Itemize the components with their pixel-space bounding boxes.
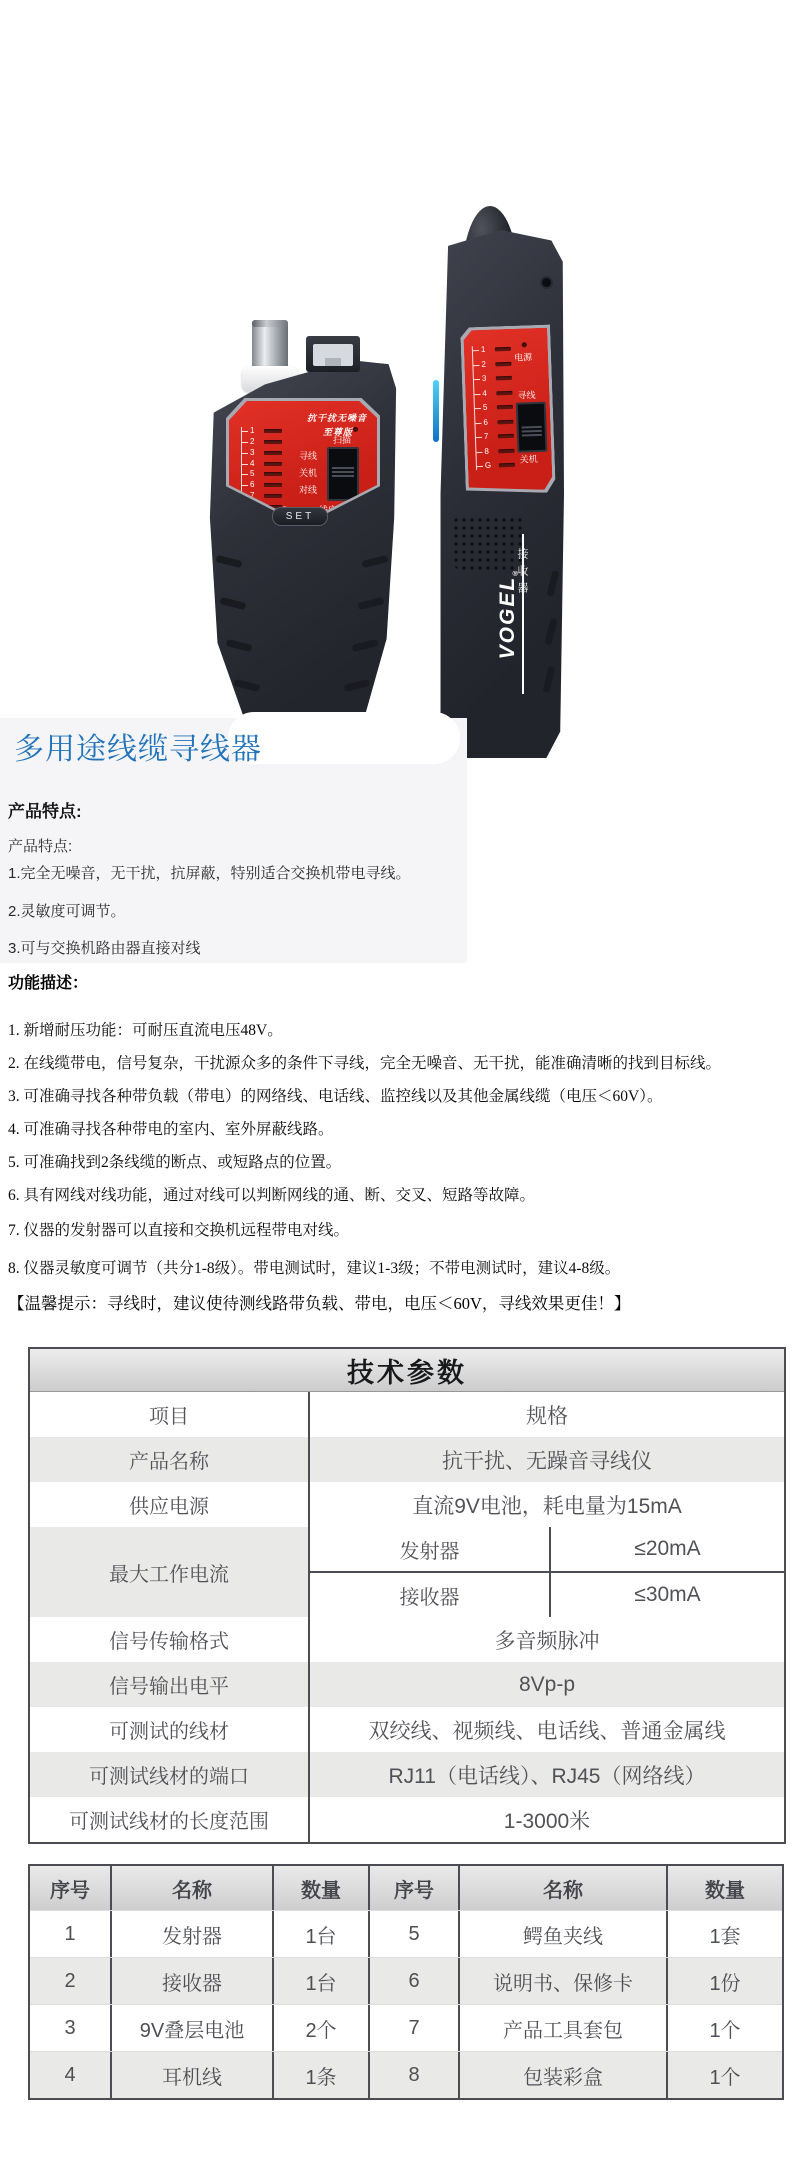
spec-subrow: 发射器 ≤20mA [310, 1527, 784, 1571]
switch-ridges [522, 426, 542, 437]
spec-label: 信号输出电平 [30, 1662, 310, 1707]
led-row: 7 [250, 492, 298, 500]
mode-label-pair: 对线 [299, 485, 317, 495]
spec-row: 可测试线材的长度范围 1-3000米 [30, 1797, 784, 1842]
packing-table: 序号 名称 数量 序号 名称 数量 1 发射器 1台 5 鳄鱼夹线 1套 2 接… [28, 1864, 784, 2100]
spec-label: 信号传输格式 [30, 1617, 310, 1662]
mode-label-off: 关机 [299, 468, 317, 478]
spec-value: 1-3000米 [310, 1797, 784, 1842]
product-page: 抗干扰无噪音 至尊版 1 2 3 4 5 6 7 8 扫描 寻线 [0, 0, 800, 2182]
packing-cell: 4 [30, 2052, 110, 2098]
packing-cell: 1份 [666, 1958, 782, 2004]
packing-cell: 接收器 [110, 1958, 272, 2004]
spec-row-current: 最大工作电流 发射器 ≤20mA 接收器 ≤30mA [30, 1527, 784, 1617]
function-item: 4. 可准确寻找各种带电的室内、室外屏蔽线路。 [8, 1117, 334, 1139]
packing-header-row: 序号 名称 数量 序号 名称 数量 [30, 1866, 782, 1910]
receiver-panel: 1 2 3 4 5 6 7 8 G 电源 寻线 [460, 324, 556, 495]
led-row: 6 [250, 481, 298, 489]
packing-header: 名称 [458, 1866, 666, 1910]
feature-item: 3.可与交换机路由器直接对线 [8, 937, 201, 958]
spec-value: 直流9V电池，耗电量为15mA [310, 1482, 784, 1527]
packing-cell: 包装彩盒 [458, 2052, 666, 2098]
spec-value: 双绞线、视频线、电话线、普通金属线 [310, 1707, 784, 1752]
function-item: 6. 具有网线对线功能，通过对线可以判断网线的通、断、交叉、短路等故障。 [8, 1183, 535, 1205]
led-dash [498, 434, 514, 439]
spec-table: 技术参数 项目 规格 产品名称 抗干扰、无躁音寻线仪 供应电源 直流9V电池，耗… [28, 1347, 786, 1844]
led-dash [264, 429, 282, 433]
led-dash [497, 405, 513, 410]
packing-row: 2 接收器 1台 6 说明书、保修卡 1份 [30, 1957, 782, 2004]
packing-header: 序号 [368, 1866, 458, 1910]
led-number: 8 [484, 447, 492, 455]
warm-tip: 【温馨提示：寻线时，建议使待测线路带负载、带电，电压＜60V，寻线效果更佳！】 [8, 1290, 630, 1314]
packing-cell: 7 [368, 2005, 458, 2051]
function-item: 3. 可准确寻找各种带负载（带电）的网络线、电话线、监控线以及其他金属线缆（电压… [8, 1084, 662, 1106]
led-number: 6 [483, 418, 491, 426]
led-dash [495, 361, 511, 366]
spec-current-subrows: 发射器 ≤20mA 接收器 ≤30mA [310, 1527, 784, 1617]
led-number: 3 [250, 449, 258, 457]
led-dash [495, 347, 511, 352]
bnc-connector-icon [252, 320, 288, 370]
led-number: 4 [482, 389, 490, 397]
packing-cell: 2个 [272, 2005, 368, 2051]
packing-cell: 发射器 [110, 1911, 272, 1957]
function-item: 1. 新增耐压功能：可耐压直流电压48V。 [8, 1018, 283, 1040]
spec-value: 多音频脉冲 [310, 1617, 784, 1662]
spec-row: 供应电源 直流9V电池，耗电量为15mA [30, 1482, 784, 1527]
packing-cell: 3 [30, 2005, 110, 2051]
packing-row: 4 耳机线 1条 8 包装彩盒 1个 [30, 2051, 782, 2098]
spec-label: 可测试线材的端口 [30, 1752, 310, 1797]
packing-cell: 8 [368, 2052, 458, 2098]
spec-value: RJ11（电话线）、RJ45（网络线） [310, 1752, 784, 1797]
spec-subname: 发射器 [310, 1527, 551, 1571]
product-photo: 抗干扰无噪音 至尊版 1 2 3 4 5 6 7 8 扫描 寻线 [0, 80, 800, 700]
spec-row: 可测试的线材 双绞线、视频线、电话线、普通金属线 [30, 1707, 784, 1752]
spec-label: 产品名称 [30, 1437, 310, 1482]
spec-value: 规格 [310, 1392, 784, 1437]
led-number: 4 [250, 460, 258, 468]
spec-value: 8Vp-p [310, 1662, 784, 1707]
power-led-dot [522, 342, 527, 347]
led-number: 5 [483, 404, 491, 412]
spec-value: 抗干扰、无躁音寻线仪 [310, 1437, 784, 1482]
receiver-panel-face: 1 2 3 4 5 6 7 8 G 电源 寻线 [463, 328, 553, 493]
spec-row: 信号传输格式 多音频脉冲 [30, 1617, 784, 1662]
rj45-socket [313, 344, 353, 366]
led-number: 1 [481, 346, 489, 354]
led-row: 3 [250, 449, 298, 457]
packing-cell: 6 [368, 1958, 458, 2004]
packing-cell: 2 [30, 1958, 110, 2004]
packing-cell: 5 [368, 1911, 458, 1957]
led-number: 1 [250, 427, 258, 435]
panel-script-line1: 抗干扰无噪音 [307, 411, 367, 424]
led-dash [264, 451, 282, 455]
find-label: 寻线 [517, 390, 535, 401]
led-dash [264, 440, 282, 444]
mode-switch [327, 447, 359, 501]
packing-cell: 9V叠层电池 [110, 2005, 272, 2051]
features-heading: 产品特点: [8, 797, 82, 822]
spec-subrow: 接收器 ≤30mA [310, 1571, 784, 1617]
spec-row: 项目 规格 [30, 1392, 784, 1437]
spec-label: 项目 [30, 1392, 310, 1437]
packing-header: 名称 [110, 1866, 272, 1910]
packing-cell: 耳机线 [110, 2052, 272, 2098]
spec-subvalue: ≤20mA [551, 1527, 784, 1571]
feature-item: 1.完全无噪音，无干扰，抗屏蔽，特别适合交换机带电寻线。 [8, 862, 411, 883]
led-dash [496, 376, 512, 381]
packing-cell: 产品工具套包 [458, 2005, 666, 2051]
spec-label: 可测试的线材 [30, 1707, 310, 1752]
scan-label: 扫描 [333, 435, 351, 445]
led-number: 2 [250, 438, 258, 446]
led-row: 2 [250, 438, 298, 446]
spec-label: 供应电源 [30, 1482, 310, 1527]
led-dash [264, 483, 282, 487]
function-item: 7. 仪器的发射器可以直接和交换机远程带电对线。 [8, 1218, 349, 1240]
led-number: 2 [481, 360, 489, 368]
spec-row: 可测试线材的端口 RJ11（电话线）、RJ45（网络线） [30, 1752, 784, 1797]
power-label: 电源 [514, 352, 532, 363]
packing-cell: 1个 [666, 2052, 782, 2098]
switch-ridges [332, 467, 354, 477]
function-item: 5. 可准确找到2条线缆的断点、或短路点的位置。 [8, 1150, 341, 1172]
packing-cell: 1台 [272, 1958, 368, 2004]
led-row: 5 [250, 470, 298, 478]
packing-cell: 1台 [272, 1911, 368, 1957]
led-number: 7 [250, 492, 258, 500]
features-subheading: 产品特点: [8, 835, 72, 856]
led-dash [496, 390, 512, 395]
led-number: 3 [482, 375, 490, 383]
packing-cell: 说明书、保修卡 [458, 1958, 666, 2004]
packing-header: 序号 [30, 1866, 110, 1910]
led-dash [264, 472, 282, 476]
rj45-port-icon [306, 336, 360, 372]
earphone-jack-icon [540, 276, 553, 289]
spec-subname: 接收器 [310, 1573, 551, 1617]
watermark-blob [228, 712, 460, 764]
led-row: 4 [250, 460, 298, 468]
led-number: 5 [250, 470, 258, 478]
packing-cell: 1个 [666, 2005, 782, 2051]
led-row: 3 [482, 373, 526, 383]
scan-led-dot [353, 427, 358, 432]
sensitivity-dial [433, 380, 439, 442]
spec-label: 可测试线材的长度范围 [30, 1797, 310, 1842]
led-number: 7 [484, 433, 492, 441]
led-dash [497, 419, 513, 424]
led-dash [264, 462, 282, 466]
mode-label-find: 寻线 [299, 451, 317, 461]
functions-heading: 功能描述： [8, 970, 88, 993]
led-row: 1 [250, 427, 298, 435]
receiver-switch [516, 402, 548, 453]
page-title: 多用途线缆寻线器 [14, 724, 262, 768]
led-number: 6 [250, 481, 258, 489]
packing-header: 数量 [272, 1866, 368, 1910]
led-number: G [485, 462, 493, 470]
set-button: SET [272, 507, 328, 526]
packing-row: 1 发射器 1台 5 鳄鱼夹线 1套 [30, 1910, 782, 1957]
off-label: 关机 [520, 454, 538, 465]
function-item: 2. 在线缆带电，信号复杂，干扰源众多的条件下寻线，完全无噪音、无干扰，能准确清… [8, 1051, 721, 1073]
spec-row: 信号输出电平 8Vp-p [30, 1662, 784, 1707]
led-dash [498, 448, 514, 453]
packing-cell: 1 [30, 1911, 110, 1957]
packing-cell: 1套 [666, 1911, 782, 1957]
packing-cell: 1条 [272, 2052, 368, 2098]
function-item: 8. 仪器灵敏度可调节（共分1-8级）。带电测试时，建议1-3级；不带电测试时，… [8, 1256, 620, 1278]
receiver-label: 接收器 [514, 548, 530, 599]
led-dash [499, 463, 515, 468]
led-dash [264, 494, 282, 498]
spec-subvalue: ≤30mA [551, 1573, 784, 1617]
feature-item: 2.灵敏度可调节。 [8, 900, 126, 921]
spec-row: 产品名称 抗干扰、无躁音寻线仪 [30, 1437, 784, 1482]
spec-table-title: 技术参数 [30, 1349, 784, 1392]
packing-header: 数量 [666, 1866, 782, 1910]
packing-row: 3 9V叠层电池 2个 7 产品工具套包 1个 [30, 2004, 782, 2051]
spec-label: 最大工作电流 [30, 1527, 310, 1617]
packing-cell: 鳄鱼夹线 [458, 1911, 666, 1957]
